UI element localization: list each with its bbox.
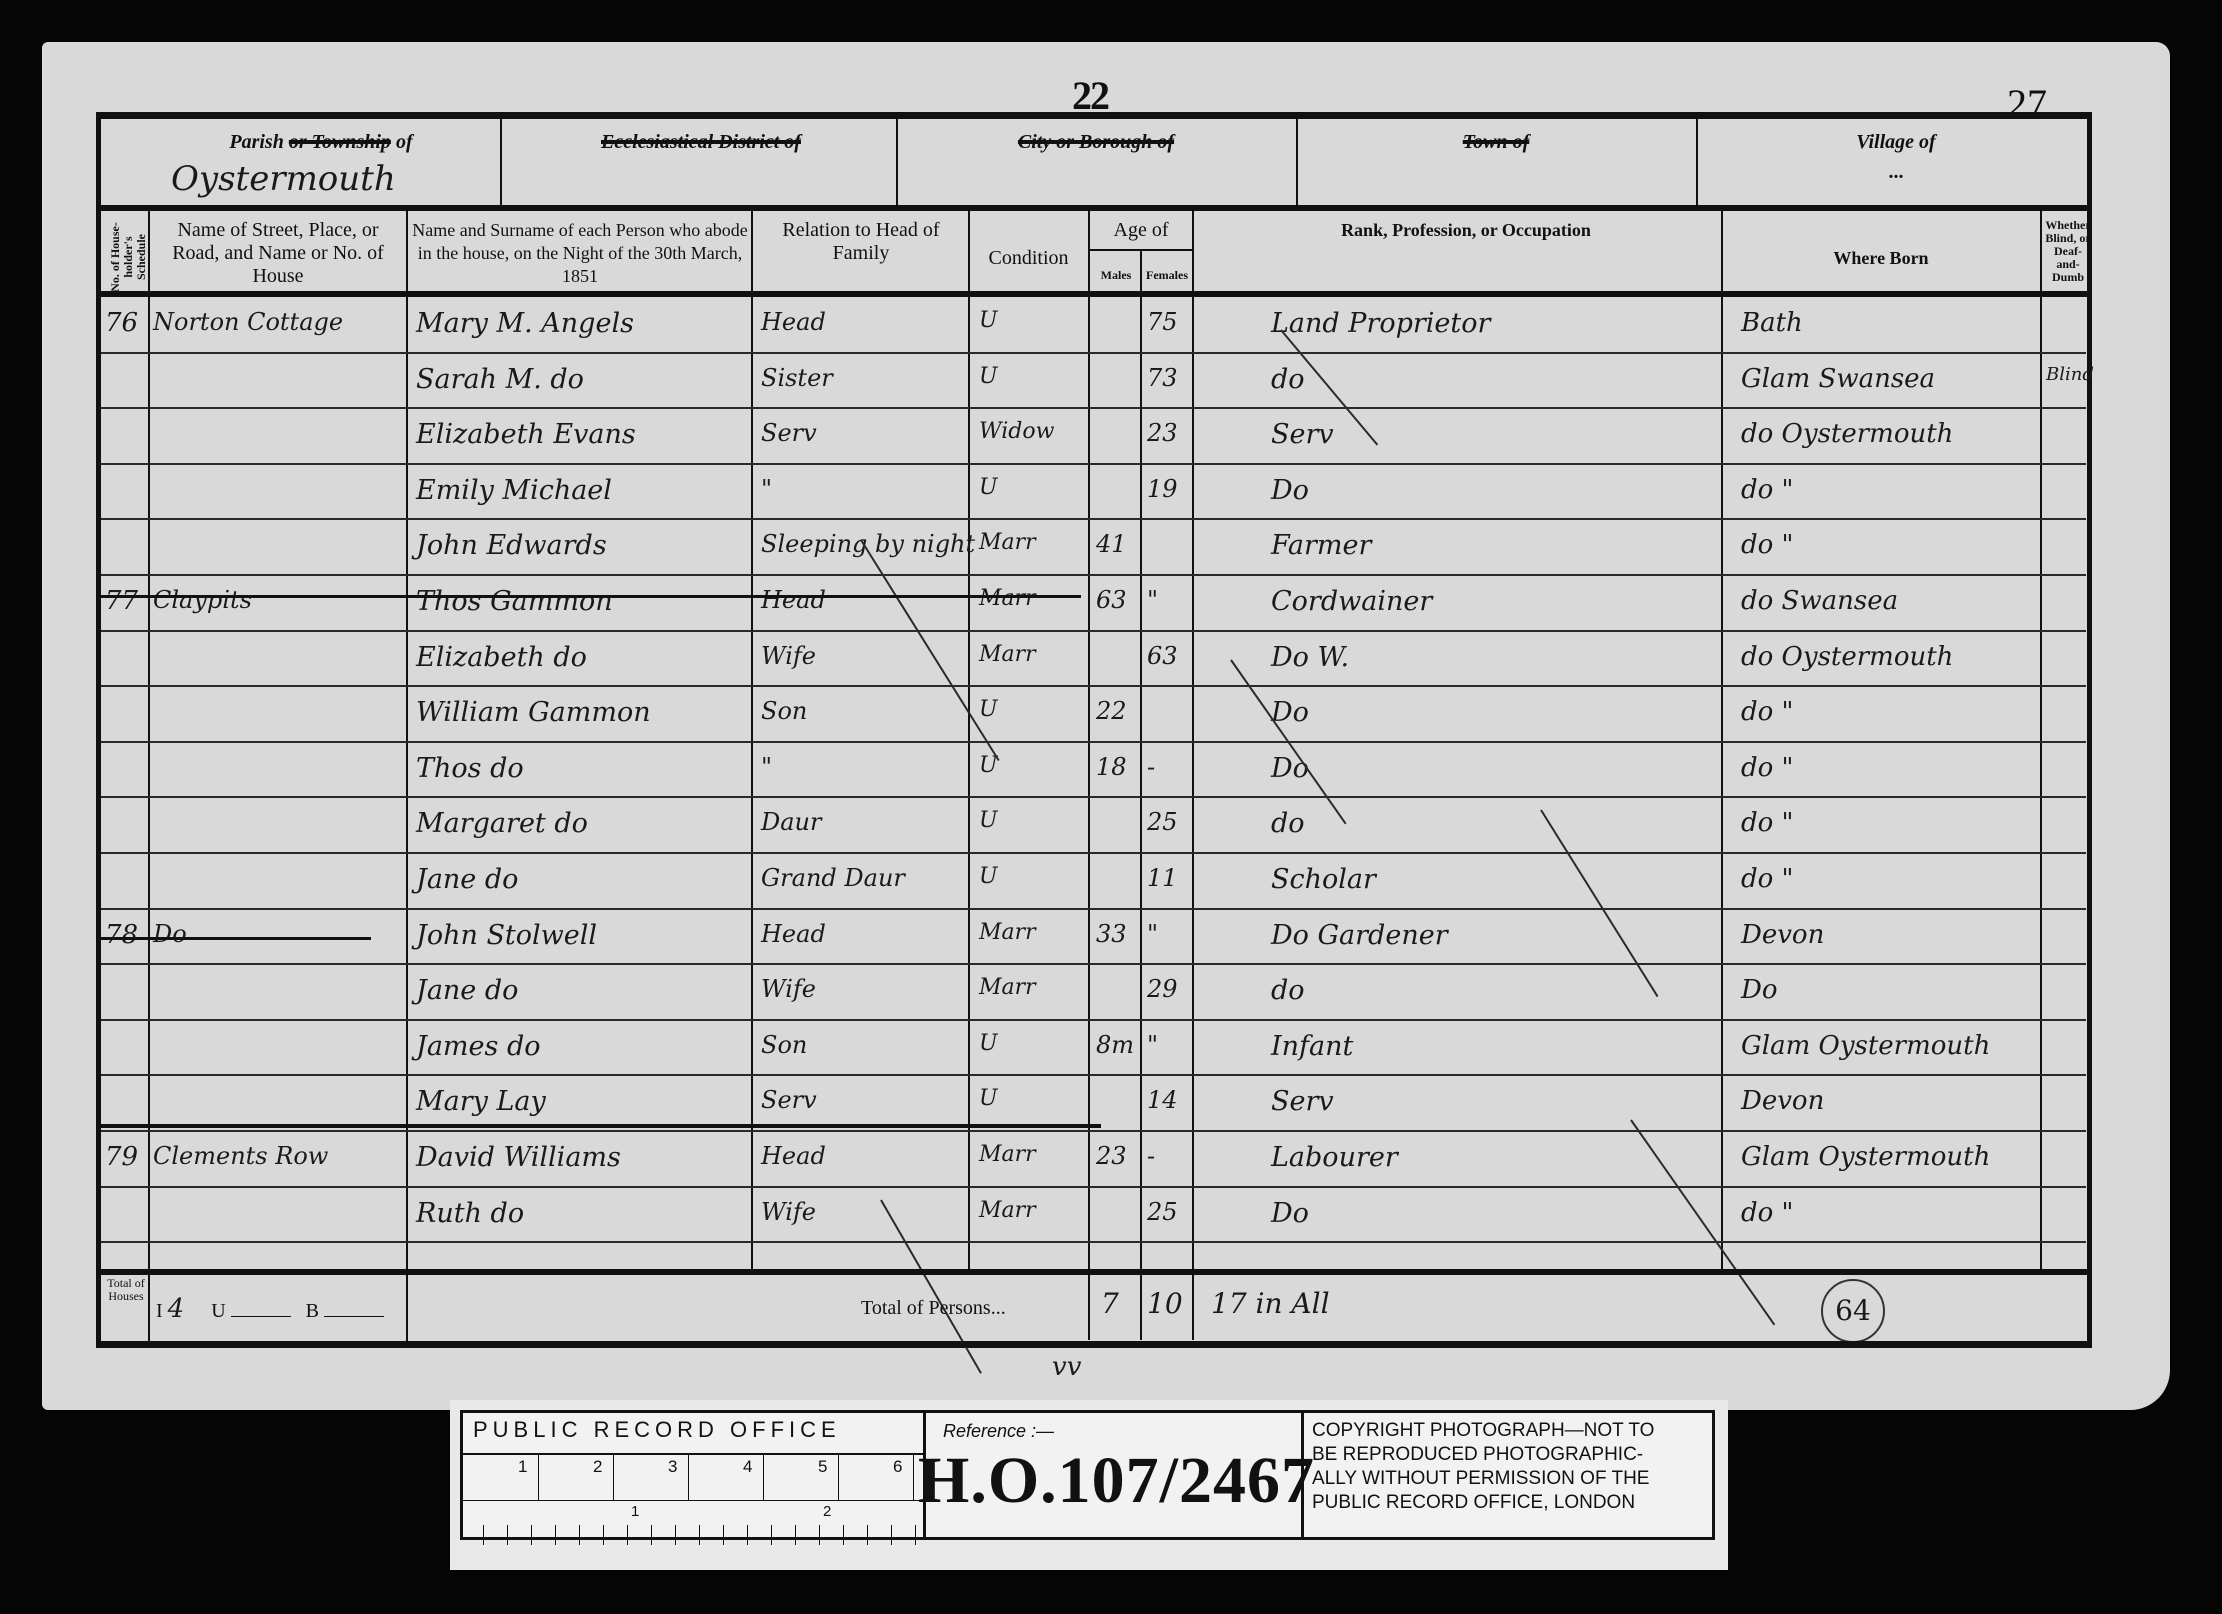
village-label: Village of [1716,131,2076,154]
ruler-tick [771,1525,772,1545]
tally-stroke [1540,809,1658,997]
ruler-tick [747,1525,748,1545]
col-header-age-of: Age of [1091,219,1191,242]
ruler-inch-number: 1 [631,1503,639,1520]
cell-name: Mary M. Angels [416,308,634,339]
cell-name: Jane do [416,975,518,1006]
ruler-tick [843,1525,844,1545]
cell-relation: " [761,475,772,503]
cell-female-age: 25 [1147,808,1178,836]
ruler-number: 5 [818,1457,827,1477]
city-borough-label: City or Borough of [916,131,1276,154]
col-divider [1192,209,1194,1269]
record-office-title: PUBLIC RECORD OFFICE [473,1417,841,1443]
row-rule [101,908,2086,910]
col-divider [148,209,150,1269]
cell-where-born: do " [1741,530,1794,560]
cell-female-age: 73 [1147,364,1178,392]
col-divider [406,209,408,1269]
cell-street: Norton Cottage [153,308,343,336]
cell-condition: U [979,697,998,722]
col-header-males: Males [1091,269,1141,282]
cell-where-born: do Swansea [1741,586,1898,616]
reference-value: H.O.107/2467 [918,1443,1315,1519]
row-rule [101,518,2086,520]
cell-occupation: do [1271,975,1305,1006]
cell-condition: Marr [979,1142,1036,1167]
cell-name: Thos Gammon [416,586,613,617]
cell-street: Claypits [153,586,252,614]
ruler-tick [795,1525,796,1545]
ruler-tick [579,1525,580,1545]
cell-relation: Serv [761,1086,817,1114]
ruler-tick [613,1455,614,1500]
total-males: 7 [1101,1287,1119,1320]
parish-tail-text: of [396,131,413,153]
cell-where-born: Glam Swansea [1741,364,1935,394]
cell-female-age: " [1147,586,1158,614]
cell-female-age: 63 [1147,642,1178,670]
cell-female-age: 29 [1147,975,1178,1003]
circled-number: 64 [1821,1279,1885,1343]
cell-where-born: do " [1741,808,1794,838]
cell-where-born: do " [1741,864,1794,894]
uninhabited-value [231,1316,291,1317]
cell-name: David Williams [416,1142,621,1173]
cell-female-age: 19 [1147,475,1178,503]
household-separator [101,1124,1101,1128]
cell-street: Do [153,920,187,948]
cell-relation: Wife [761,975,816,1003]
ruler-number: 4 [743,1457,752,1477]
cell-name: Mary Lay [416,1086,546,1117]
col-divider [751,209,753,1269]
cell-where-born: do Oystermouth [1741,642,1953,672]
col-divider [1140,1274,1142,1340]
cell-name: Margaret do [416,808,588,839]
cell-male-age: 41 [1096,530,1127,558]
cell-male-age: 23 [1096,1142,1127,1170]
measurement-ruler: 1 2 3 4 5 6 1 2 [463,1453,923,1545]
cell-where-born: Devon [1741,1086,1824,1116]
cell-occupation: Do Gardener [1271,920,1448,951]
cell-name: John Stolwell [416,920,597,951]
household-separator [101,595,1081,598]
row-rule [101,852,2086,854]
copyright-line: ALLY WITHOUT PERMISSION OF THE [1312,1467,1711,1491]
ruler-divider [463,1500,923,1501]
cell-relation: Head [761,920,826,948]
cell-condition: U [979,808,998,833]
cell-condition: Marr [979,920,1036,945]
cell-schedule: 76 [105,308,138,338]
divider [1296,119,1298,205]
cell-street: Clements Row [153,1142,328,1170]
cell-occupation: Do [1271,1198,1309,1229]
cell-where-born: do Oystermouth [1741,419,1953,449]
column-header-divider [101,291,2091,297]
cell-condition: U [979,864,998,889]
cell-relation: " [761,753,772,781]
row-rule [101,1241,2086,1243]
ruler-tick [688,1455,689,1500]
cell-schedule: 79 [105,1142,138,1172]
row-rule [101,407,2086,409]
row-rule [101,574,2086,576]
cell-occupation: Farmer [1271,530,1371,561]
copyright-line: BE REPRODUCED PHOTOGRAPHIC- [1312,1443,1711,1467]
parish-label: Parish or Township of [171,131,471,154]
cell-male-age: 33 [1096,920,1127,948]
cell-condition: Marr [979,1198,1036,1223]
cell-name: John Edwards [416,530,607,561]
ruler-tick [538,1455,539,1500]
col-header-name: Name and Surname of each Person who abod… [411,219,749,288]
cell-condition: U [979,1086,998,1111]
ruler-tick [555,1525,556,1545]
col-divider [1088,209,1090,1269]
col-divider [406,1269,408,1341]
col-divider [148,1269,150,1341]
reference-label: Reference :— [943,1421,1054,1442]
cell-relation: Wife [761,642,816,670]
cell-relation: Son [761,697,807,725]
cell-male-age: 8m [1096,1031,1134,1059]
census-page: 22 27 Parish or Township of Oystermouth … [42,42,2170,1410]
cell-relation: Head [761,308,826,336]
cell-occupation: Do [1271,475,1309,506]
cell-schedule: 78 [105,920,138,950]
cell-occupation: Serv [1271,1086,1334,1117]
ruler-tick [915,1525,916,1545]
census-form-frame: Parish or Township of Oystermouth Eccles… [96,112,2092,1348]
cell-condition: Marr [979,975,1036,1000]
cell-relation: Son [761,1031,807,1059]
cell-relation: Wife [761,1198,816,1226]
ruler-tick [819,1525,820,1545]
copyright-notice: COPYRIGHT PHOTOGRAPH—NOT TO BE REPRODUCE… [1301,1413,1711,1537]
cell-relation: Grand Daur [761,864,905,892]
divider [1696,119,1698,205]
cell-name: Thos do [416,753,524,784]
col-header-females: Females [1142,269,1192,282]
col-divider [1088,1274,1090,1340]
cell-relation: Serv [761,419,817,447]
ruler-tick [507,1525,508,1545]
ruler-inch-number: 2 [823,1503,831,1520]
cell-relation: Sister [761,364,833,392]
cell-condition: U [979,475,998,500]
village-value: ... [1716,161,2076,184]
cell-relation: Daur [761,808,821,836]
ruler-tick [483,1525,484,1545]
ruler-tick [838,1455,839,1500]
row-rule [101,352,2086,354]
ruler-number: 1 [518,1457,527,1477]
total-females: 10 [1147,1287,1183,1320]
ruler-number: 2 [593,1457,602,1477]
col-header-blind-deaf: Whether Blind, or Deaf-and-Dumb [2043,219,2093,284]
cell-name: Ruth do [416,1198,524,1229]
ruler-tick [675,1525,676,1545]
cell-female-age: 14 [1147,1086,1178,1114]
cell-relation: Head [761,586,826,614]
col-divider [2040,209,2042,1269]
row-rule [101,463,2086,465]
cell-name: Sarah M. do [416,364,584,395]
cell-condition: Widow [979,419,1054,444]
col-divider [1721,209,1723,1269]
cell-name: Elizabeth do [416,642,587,673]
col-divider [1140,249,1142,1269]
cell-condition: Marr [979,530,1036,555]
row-rule [101,1074,2086,1076]
total-houses-label: Total of Houses [104,1277,148,1303]
total-inhabited: I 4 U B [156,1294,384,1324]
cell-female-age: - [1147,753,1155,781]
col-divider [968,209,970,1269]
cell-male-age: 22 [1096,697,1127,725]
ruler-tick [723,1525,724,1545]
cell-male-age: 63 [1096,586,1127,614]
cell-where-born: Glam Oystermouth [1741,1031,1990,1061]
ruler-tick [651,1525,652,1545]
row-rule [101,741,2086,743]
record-office-label: PUBLIC RECORD OFFICE 1 2 3 4 5 6 1 2 Ref… [450,1400,1728,1570]
household-separator [101,937,371,940]
cell-name: Jane do [416,864,518,895]
cell-name: Elizabeth Evans [416,419,636,450]
row-rule [101,630,2086,632]
tick-marks: vv [1052,1352,1081,1382]
row-rule [101,1186,2086,1188]
cell-female-age: 75 [1147,308,1178,336]
age-subdivider [1088,249,1192,251]
record-office-label-box: PUBLIC RECORD OFFICE 1 2 3 4 5 6 1 2 Ref… [460,1410,1715,1540]
cell-where-born: do " [1741,697,1794,727]
parish-kept-text: Parish [229,131,283,153]
cell-where-born: Glam Oystermouth [1741,1142,1990,1172]
cell-blind: Blind [2046,364,2094,385]
cell-where-born: Do [1741,975,1778,1005]
cell-where-born: Bath [1741,308,1803,338]
cell-occupation: Serv [1271,419,1334,450]
ruler-tick [763,1455,764,1500]
row-rule [101,963,2086,965]
row-rule [101,796,2086,798]
cell-occupation: Labourer [1271,1142,1398,1173]
cell-schedule: 77 [105,586,138,616]
divider [500,119,502,205]
inhabited-prefix: I [156,1300,163,1322]
cell-male-age: 18 [1096,753,1127,781]
cell-female-age: " [1147,1031,1158,1059]
row-rule [101,1019,2086,1021]
town-label: Town of [1316,131,1676,154]
cell-condition: Marr [979,586,1036,611]
cell-relation: Head [761,1142,826,1170]
ruler-tick [531,1525,532,1545]
cell-female-age: 23 [1147,419,1178,447]
ruler-tick [867,1525,868,1545]
copyright-line: COPYRIGHT PHOTOGRAPH—NOT TO [1312,1419,1711,1443]
col-divider [1192,1274,1194,1340]
totals-bottom-divider [101,1341,2091,1347]
cell-female-age: 11 [1147,864,1178,892]
cell-condition: U [979,364,998,389]
ruler-number: 3 [668,1457,677,1477]
cell-name: William Gammon [416,697,651,728]
cell-where-born: Devon [1741,920,1824,950]
col-header-street: Name of Street, Place, or Road, and Name… [153,219,403,288]
cell-occupation: Cordwainer [1271,586,1432,617]
col-header-condition: Condition [971,247,1086,270]
cell-occupation: do [1271,808,1305,839]
ecclesiastical-district-label: Ecclesiastical District of [521,131,881,154]
ruler-tick [891,1525,892,1545]
cell-occupation: Land Proprietor [1271,308,1490,339]
total-persons-label: Total of Persons... [861,1297,1006,1320]
ruler-tick [699,1525,700,1545]
ruler-number: 6 [893,1457,902,1477]
uninhabited-prefix: U [211,1300,225,1322]
building-value [324,1316,384,1317]
col-header-schedule: No. of House-holder's Schedule [109,217,148,297]
totals-divider [101,1269,2091,1275]
ruler-tick [913,1455,914,1500]
inhabited-value: 4 [168,1294,185,1324]
building-prefix: B [306,1300,319,1322]
cell-where-born: do " [1741,1198,1794,1228]
cell-occupation: Infant [1271,1031,1353,1062]
ruler-tick [603,1525,604,1545]
cell-where-born: do " [1741,753,1794,783]
divider [896,119,898,205]
cell-occupation: Scholar [1271,864,1376,895]
parish-struck-text: or Township [289,131,391,153]
copyright-line: PUBLIC RECORD OFFICE, LONDON [1312,1491,1711,1515]
tally-stroke [880,1200,982,1374]
col-header-relation: Relation to Head of Family [756,219,966,265]
ruler-tick [627,1525,628,1545]
cell-occupation: do [1271,364,1305,395]
cell-occupation: Do W. [1271,642,1349,673]
cell-occupation: Do [1271,753,1309,784]
cell-female-age: " [1147,920,1158,948]
parish-value: Oystermouth [171,159,396,199]
row-rule [101,685,2086,687]
cell-female-age: 25 [1147,1198,1178,1226]
cell-name: James do [416,1031,540,1062]
row-rule [101,1130,2086,1132]
cell-name: Emily Michael [416,475,612,506]
cell-condition: U [979,308,998,333]
cell-condition: Marr [979,642,1036,667]
cell-where-born: do " [1741,475,1794,505]
cell-condition: U [979,1031,998,1056]
header-divider [101,205,2091,211]
total-all-note: 17 in All [1211,1287,1330,1320]
cell-female-age: - [1147,1142,1155,1170]
col-header-where-born: Where Born [1726,247,2036,270]
col-header-occupation: Rank, Profession, or Occupation [1301,219,1631,242]
